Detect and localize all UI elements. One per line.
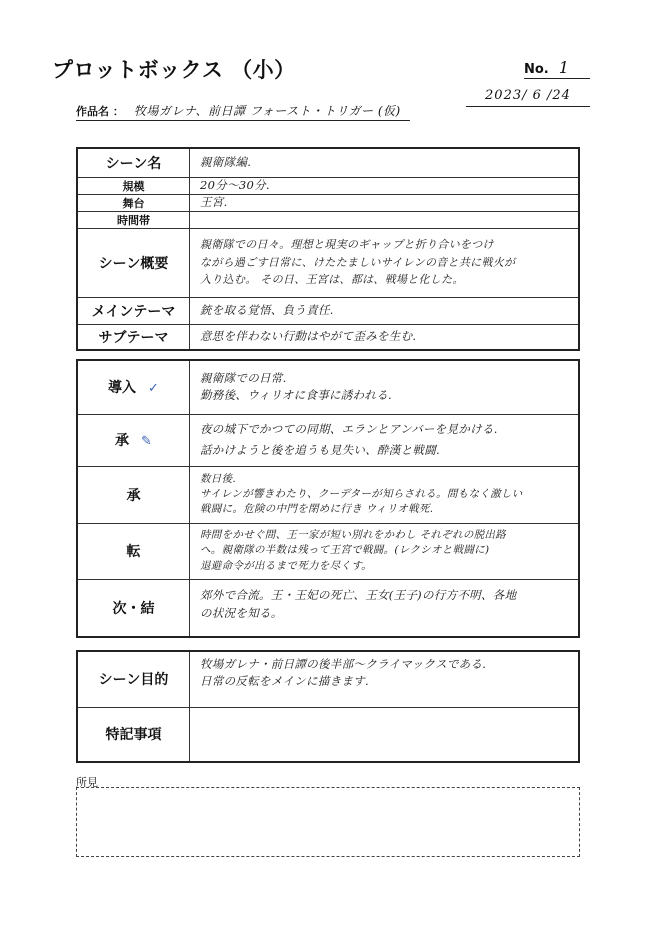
structure-line: 勤務後、ウィリオに食事に誘われる. (200, 387, 578, 404)
purpose-line: 牧場ガレナ・前日譚の後半部〜クライマックスである. (200, 656, 578, 673)
scale-label: 規模 (77, 177, 190, 194)
time-zone-value[interactable] (190, 211, 580, 228)
work-title-label: 作品名 ： (76, 105, 124, 118)
summary-line: 親衛隊での日々。理想と現実のギャップと折り合いをつけ (200, 236, 578, 254)
work-title-field[interactable]: 作品名 ：牧場ガレナ、前日譚 フォースト・トリガー (仮) (76, 100, 410, 121)
structure-row-intro: 導入✓ 親衛隊での日常. 勤務後、ウィリオに食事に誘われる. (77, 360, 579, 414)
structure-value[interactable]: 時間をかせぐ間、王一家が短い別れをかわし それぞれの脱出路 へ。親衛隊の半数は残… (190, 523, 580, 579)
time-zone-label: 時間帯 (77, 211, 190, 228)
main-theme-label: メインテーマ (77, 297, 190, 324)
main-theme-value[interactable]: 銃を取る覚悟、負う責任. (190, 297, 580, 324)
summary-line: 入り込む。 その日、王宮は、都は、戦場と化した。 (200, 271, 578, 289)
summary-value[interactable]: 親衛隊での日々。理想と現実のギャップと折り合いをつけ ながら過ごす日常に、けたた… (190, 228, 580, 297)
row-special-notes: 特記事項 (77, 707, 579, 762)
row-time-zone: 時間帯 (77, 211, 579, 228)
number-label: No. (524, 62, 549, 77)
summary-label: シーン概要 (77, 228, 190, 297)
structure-label: 次・結 (77, 579, 190, 637)
structure-value[interactable]: 郊外で合流。王・王妃の死亡、王女(王子)の行方不明、各地 の状況を知る。 (190, 579, 580, 637)
scale-value[interactable]: 20分〜30分. (190, 177, 580, 194)
sub-theme-value[interactable]: 意思を伴わない行動はやがて歪みを生む. (190, 324, 580, 350)
pen-mark-icon: ✎ (141, 434, 152, 449)
structure-line: へ。親衛隊の半数は残って王宮で戦闘。(レクシオと戦闘に) (200, 543, 578, 558)
special-notes-value[interactable] (190, 707, 580, 762)
row-scene-purpose: シーン目的 牧場ガレナ・前日譚の後半部〜クライマックスである. 日常の反転をメイ… (77, 651, 579, 707)
structure-value[interactable]: 夜の城下でかつての同期、エランとアンバーを見かける. 話かけようと後を追うも見失… (190, 414, 580, 466)
structure-line: 退避命令が出るまで死力を尽くす。 (200, 559, 578, 574)
check-icon: ✓ (148, 381, 159, 396)
structure-value[interactable]: 数日後. サイレンが響きわたり、クーデターが知らされる。間もなく激しい 戦闘に。… (190, 466, 580, 523)
structure-line: 話かけようと後を追うも見失い、酔漢と戦闘. (200, 440, 578, 461)
scene-purpose-label: シーン目的 (77, 651, 190, 707)
purpose-table: シーン目的 牧場ガレナ・前日譚の後半部〜クライマックスである. 日常の反転をメイ… (76, 650, 580, 763)
structure-label: 承 (77, 466, 190, 523)
row-scene-name: シーン名 親衛隊編. (77, 148, 579, 177)
structure-line: サイレンが響きわたり、クーデターが知らされる。間もなく激しい (200, 487, 578, 502)
row-sub-theme: サブテーマ 意思を伴わない行動はやがて歪みを生む. (77, 324, 579, 350)
structure-label: 導入✓ (77, 360, 190, 414)
structure-label: 転 (77, 523, 190, 579)
purpose-line: 日常の反転をメインに描きます. (200, 673, 578, 690)
structure-table: 導入✓ 親衛隊での日常. 勤務後、ウィリオに食事に誘われる. 承✎ 夜の城下でか… (76, 359, 580, 638)
row-summary: シーン概要 親衛隊での日々。理想と現実のギャップと折り合いをつけ ながら過ごす日… (77, 228, 579, 297)
structure-row-conclusion: 次・結 郊外で合流。王・王妃の死亡、王女(王子)の行方不明、各地 の状況を知る。 (77, 579, 579, 637)
structure-line: 親衛隊での日常. (200, 370, 578, 387)
structure-line: 夜の城下でかつての同期、エランとアンバーを見かける. (200, 419, 578, 440)
structure-line: 郊外で合流。王・王妃の死亡、王女(王子)の行方不明、各地 (200, 586, 578, 604)
structure-line: 戦闘に。危険の中門を閉めに行き ウィリオ戦死. (200, 502, 578, 517)
structure-value[interactable]: 親衛隊での日常. 勤務後、ウィリオに食事に誘われる. (190, 360, 580, 414)
structure-row-development-2: 承 数日後. サイレンが響きわたり、クーデターが知らされる。間もなく激しい 戦闘… (77, 466, 579, 523)
structure-line: の状況を知る。 (200, 604, 578, 622)
scene-info-table: シーン名 親衛隊編. 規模 20分〜30分. 舞台 王宮. 時間帯 シーン概要 … (76, 147, 580, 351)
structure-label: 承✎ (77, 414, 190, 466)
stage-label: 舞台 (77, 194, 190, 211)
structure-row-development-1: 承✎ 夜の城下でかつての同期、エランとアンバーを見かける. 話かけようと後を追う… (77, 414, 579, 466)
page-title: プロットボックス （小） (52, 54, 296, 84)
row-main-theme: メインテーマ 銃を取る覚悟、負う責任. (77, 297, 579, 324)
special-notes-label: 特記事項 (77, 707, 190, 762)
row-stage: 舞台 王宮. (77, 194, 579, 211)
scene-name-label: シーン名 (77, 148, 190, 177)
scene-purpose-value[interactable]: 牧場ガレナ・前日譚の後半部〜クライマックスである. 日常の反転をメインに描きます… (190, 651, 580, 707)
number-field[interactable]: No.1 (524, 58, 590, 79)
sub-theme-label: サブテーマ (77, 324, 190, 350)
scene-name-value[interactable]: 親衛隊編. (190, 148, 580, 177)
number-value: 1 (559, 58, 569, 77)
structure-line: 数日後. (200, 472, 578, 487)
structure-line: 時間をかせぐ間、王一家が短い別れをかわし それぞれの脱出路 (200, 528, 578, 543)
work-title-value: 牧場ガレナ、前日譚 フォースト・トリガー (仮) (134, 104, 401, 118)
remarks-box[interactable] (76, 787, 580, 857)
date-field[interactable]: 2023/ 6 /24 (466, 88, 590, 107)
stage-value[interactable]: 王宮. (190, 194, 580, 211)
structure-row-turn: 転 時間をかせぐ間、王一家が短い別れをかわし それぞれの脱出路 へ。親衛隊の半数… (77, 523, 579, 579)
summary-line: ながら過ごす日常に、けたたましいサイレンの音と共に戦火が (200, 254, 578, 272)
row-scale: 規模 20分〜30分. (77, 177, 579, 194)
